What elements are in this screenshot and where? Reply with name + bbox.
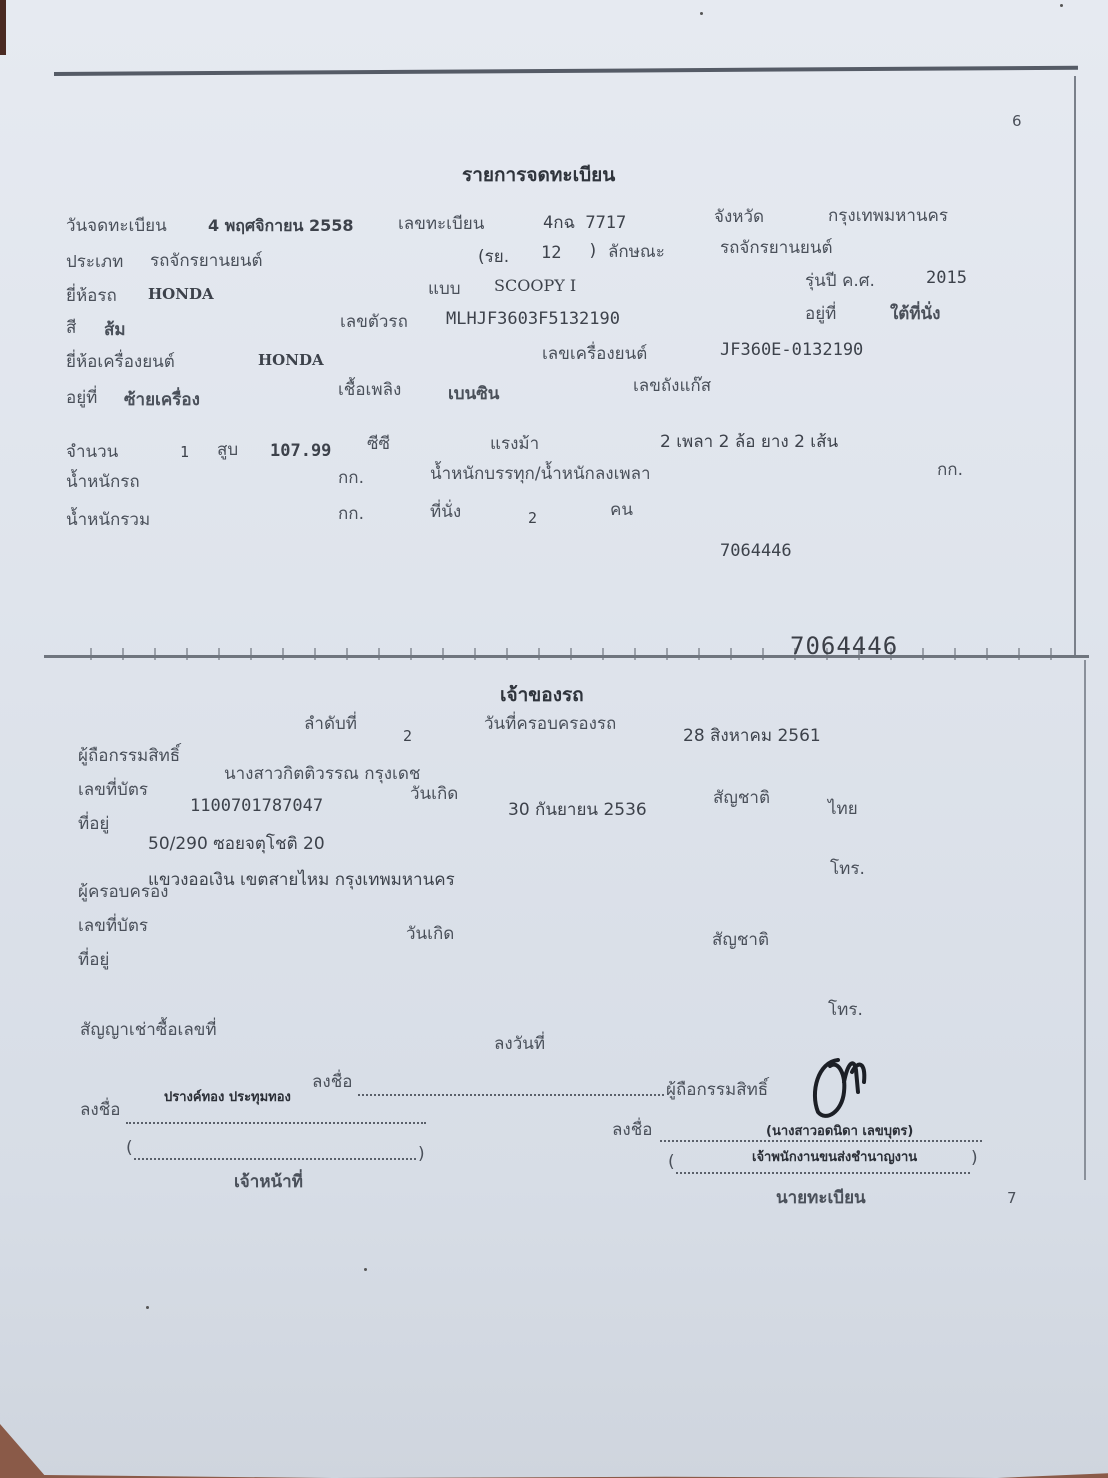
registrar-stamp-title: เจ้าพนักงานขนส่งชำนาญงาน — [752, 1146, 917, 1167]
perforation-ticks — [60, 648, 1080, 660]
province-label: จังหวัด — [714, 203, 764, 230]
officer-sign-label: ลงชื่อ — [80, 1096, 120, 1123]
chassis-location-label: อยู่ที่ — [805, 300, 836, 327]
ry-prefix: (รย. — [478, 243, 509, 270]
engine-brand-value: HONDA — [258, 351, 324, 369]
load-weight-unit: กก. — [937, 456, 963, 483]
chassis-location-value: ใต้ที่นั่ง — [890, 300, 940, 327]
color-label: สี — [66, 314, 76, 341]
possession-date-label: วันที่ครอบครองรถ — [484, 710, 616, 737]
possession-date-value: 28 สิงหาคม 2561 — [683, 722, 821, 749]
vehicle-weight-label: น้ำหนักรถ — [66, 468, 140, 495]
officer-name-line — [134, 1158, 416, 1160]
type-value: รถจักรยานยนต์ — [150, 247, 263, 274]
ry-suffix: ) — [588, 241, 598, 261]
registrar-name-line — [676, 1172, 970, 1174]
brand-value: HONDA — [148, 285, 214, 303]
holder-nationality-label: สัญชาติ — [713, 784, 770, 811]
officer-role: เจ้าหน้าที่ — [234, 1168, 303, 1195]
engine-brand-label: ยี่ห้อเครื่องยนต์ — [66, 348, 175, 375]
year-value: 2015 — [926, 268, 967, 288]
officer-stamp-name: ปรางค์ทอง ประทุมทอง — [164, 1086, 291, 1107]
province-value: กรุงเทพมหานคร — [828, 202, 948, 229]
total-weight-label: น้ำหนักรวม — [66, 506, 150, 533]
cylinder-count-value: 1 — [180, 443, 189, 461]
paper-speck — [364, 1268, 367, 1271]
holder-label: ผู้ถือกรรมสิทธิ์ — [78, 742, 180, 769]
possessor-dob-label: วันเกิด — [406, 920, 454, 947]
page-number-bottom: 7 — [1007, 1189, 1017, 1207]
fuel-label: เชื้อเพลิง — [338, 376, 401, 403]
registration-section-title: รายการจดทะเบียน — [462, 160, 615, 190]
handwritten-signature — [808, 1052, 868, 1122]
engine-location-value: ซ้ายเครื่อง — [124, 386, 200, 413]
perforation-line — [44, 655, 1089, 658]
model-value: SCOOPY I — [494, 276, 576, 295]
holder-id-label: เลขที่บัตร — [78, 776, 148, 803]
brand-label: ยี่ห้อรถ — [66, 282, 117, 309]
axle-description: 2 เพลา 2 ล้อ ยาง 2 เส้น — [660, 428, 838, 455]
form-border-right — [1074, 76, 1076, 656]
chassis-label: เลขตัวรถ — [340, 308, 408, 335]
sign-date-label: ลงวันที่ — [494, 1030, 545, 1057]
order-value: 2 — [403, 727, 412, 745]
reg-date-label: วันจดทะเบียน — [66, 212, 167, 239]
possessor-nationality-label: สัญชาติ — [712, 926, 769, 953]
reg-date-value: 4 พฤศจิกายน 2558 — [208, 214, 354, 239]
registrar-sign-label: ลงชื่อ — [612, 1116, 652, 1143]
registrar-role: นายทะเบียน — [776, 1184, 866, 1211]
holder-sign-role: ผู้ถือกรรมสิทธิ์ — [666, 1076, 768, 1103]
gas-tank-label: เลขถังแก๊ส — [633, 372, 711, 399]
possessor-phone-label: โทร. — [828, 996, 863, 1023]
style-value: รถจักรยานยนต์ — [720, 234, 833, 261]
officer-paren-open: ( — [126, 1138, 133, 1158]
engine-location-label: อยู่ที่ — [66, 384, 97, 411]
engine-number-value: JF360E-0132190 — [720, 340, 863, 360]
document-page: 6 รายการจดทะเบียน วันจดทะเบียน 4 พฤศจิกา… — [0, 0, 1108, 1478]
holder-dob-label: วันเกิด — [410, 780, 458, 807]
ry-value: 12 — [541, 243, 561, 263]
type-label: ประเภท — [66, 248, 123, 275]
horsepower-label: แรงม้า — [490, 430, 539, 457]
registrar-paren-open: ( — [668, 1152, 675, 1172]
cylinder-unit: สูบ — [217, 436, 238, 463]
cylinder-count-label: จำนวน — [66, 438, 118, 465]
engine-number-label: เลขเครื่องยนต์ — [542, 340, 647, 367]
possessor-id-label: เลขที่บัตร — [78, 912, 148, 939]
paper-speck — [146, 1306, 149, 1309]
page-number-top: 6 — [1012, 112, 1022, 130]
seats-unit: คน — [610, 496, 633, 523]
plate-label: เลขทะเบียน — [398, 210, 484, 237]
holder-sign-label: ลงชื่อ — [312, 1068, 352, 1095]
vehicle-weight-unit: กก. — [338, 464, 364, 491]
load-weight-label: น้ำหนักบรรทุก/น้ำหนักลงเพลา — [430, 460, 651, 487]
fuel-value: เบนซิน — [448, 380, 499, 407]
form-border-right-lower — [1084, 660, 1086, 1180]
officer-paren-close: ) — [418, 1144, 425, 1164]
holder-nationality-value: ไทย — [828, 795, 858, 822]
registrar-paren-close: ) — [971, 1148, 978, 1168]
possessor-address-label: ที่อยู่ — [78, 946, 109, 973]
chassis-value: MLHJF3603F5132190 — [446, 309, 620, 329]
model-label: แบบ — [428, 275, 461, 302]
year-label: รุ่นปี ค.ศ. — [805, 267, 875, 294]
holder-name: นางสาวกิตติวรรณ กรุงเดช — [224, 760, 420, 787]
paper-speck — [700, 12, 703, 15]
registrar-stamp-name: (นางสาวอดนิดา เลขบุตร) — [766, 1120, 913, 1141]
serial-stamp: 7064446 — [790, 632, 898, 660]
table-surface — [0, 1418, 1108, 1478]
seats-label: ที่นั่ง — [430, 498, 461, 525]
cc-value: 107.99 — [270, 441, 331, 461]
holder-address-line2: แขวงออเงิน เขตสายไหม กรุงเทพมหานคร — [148, 866, 455, 893]
holder-phone-label: โทร. — [830, 855, 865, 882]
possessor-label: ผู้ครอบครอง — [78, 878, 168, 905]
holder-dob-value: 30 กันยายน 2536 — [508, 796, 647, 823]
cc-unit: ซีซี — [367, 430, 390, 457]
officer-sign-line — [126, 1122, 426, 1124]
form-border-top — [54, 66, 1078, 76]
order-label: ลำดับที่ — [304, 710, 357, 737]
serial-number: 7064446 — [720, 541, 792, 561]
paper-speck — [1060, 4, 1063, 7]
seats-value: 2 — [528, 509, 537, 527]
color-value: ส้ม — [104, 316, 126, 343]
background-edge — [0, 0, 6, 55]
holder-sign-line — [358, 1094, 664, 1096]
holder-address-line1: 50/290 ซอยจตุโชติ 20 — [148, 830, 325, 857]
holder-address-label: ที่อยู่ — [78, 810, 109, 837]
owner-section-title: เจ้าของรถ — [500, 680, 584, 710]
style-label: ลักษณะ — [608, 238, 665, 265]
holder-id-value: 1100701787047 — [190, 796, 323, 816]
plate-value: 4กฉ 7717 — [543, 209, 626, 236]
lease-contract-label: สัญญาเช่าซื้อเลขที่ — [80, 1016, 217, 1043]
total-weight-unit: กก. — [338, 500, 364, 527]
